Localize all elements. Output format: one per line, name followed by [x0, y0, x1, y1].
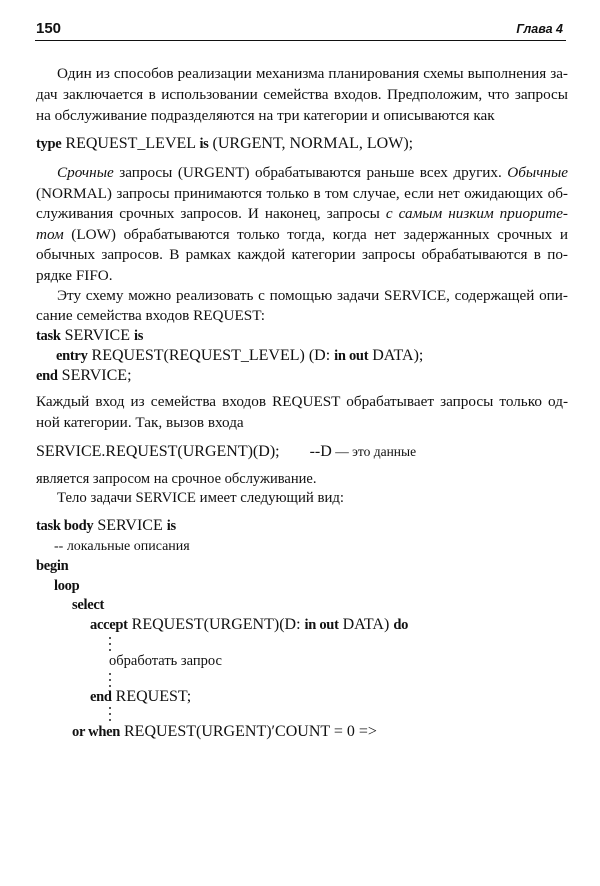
code-line: task body SERVICE is	[36, 517, 176, 535]
code-text: SERVICE;	[58, 367, 132, 384]
keyword-begin: begin	[36, 558, 68, 575]
keyword: accept	[90, 617, 128, 633]
text-line: является запросом на срочное обслуживани…	[36, 469, 316, 490]
text-line: на обслуживание подразделяются на три ка…	[36, 106, 495, 127]
keyword: is	[199, 136, 208, 152]
keyword: task	[36, 328, 61, 344]
text-line: Эту схему можно реализовать с помощью за…	[57, 286, 568, 307]
code-line: or when REQUEST(URGENT)′COUNT = 0 =>	[72, 723, 377, 741]
code-text: SERVICE.REQUEST(URGENT)(D);	[36, 443, 280, 460]
code-text: REQUEST_LEVEL	[65, 135, 195, 152]
code-placeholder: обработать запрос	[109, 653, 222, 670]
text-line: Каждый вход из семейства входов REQUEST …	[36, 392, 568, 413]
text-line: обычных запросов. В рамках каждой катего…	[36, 245, 568, 266]
code-text: DATA)	[339, 616, 394, 633]
comment-marker: --D	[310, 443, 332, 460]
code-call-example: SERVICE.REQUEST(URGENT)(D); --D — это да…	[36, 443, 416, 461]
text-line: дач заключается в использовании семейств…	[36, 85, 568, 106]
code-line: end SERVICE;	[36, 367, 132, 385]
code-text: DATA);	[368, 347, 423, 364]
keyword: do	[393, 617, 408, 633]
keyword: is	[167, 518, 176, 534]
code-text: SERVICE	[93, 517, 166, 534]
code-line: task SERVICE is	[36, 327, 143, 345]
italic-term: Обычные	[507, 164, 568, 181]
italic-term: том	[36, 226, 64, 243]
keyword: end	[90, 689, 112, 705]
code-text: REQUEST;	[112, 688, 192, 705]
keyword: entry	[56, 348, 88, 364]
code-comment: -- локальные описания	[54, 539, 190, 555]
header-rule	[35, 40, 566, 41]
keyword: type	[36, 136, 61, 152]
code-text: SERVICE	[61, 327, 134, 344]
code-text: REQUEST(URGENT)′COUNT = 0 =>	[120, 723, 377, 740]
italic-term: Срочные	[57, 164, 114, 181]
text-line: ной категории. Так, вызов входа	[36, 413, 244, 434]
text-line: Один из способов реализации механизма пл…	[57, 64, 568, 85]
keyword: in out	[334, 348, 368, 364]
text-line: Тело задачи SERVICE имеет следующий вид:	[57, 488, 344, 509]
keyword: is	[134, 328, 143, 344]
chapter-title: Глава 4	[516, 22, 563, 36]
code-text: REQUEST(URGENT)(D:	[128, 616, 305, 633]
keyword-loop: loop	[54, 578, 79, 595]
page-number: 150	[36, 20, 61, 37]
code-line: entry REQUEST(REQUEST_LEVEL) (D: in out …	[56, 347, 423, 365]
keyword: task body	[36, 518, 93, 534]
text-line: рядке FIFO.	[36, 266, 113, 287]
code-text: (URGENT, NORMAL, LOW);	[213, 135, 414, 152]
text: запросы (URGENT) обрабатываются раньше в…	[114, 164, 508, 181]
text: служивания срочных запросов. И наконец, …	[36, 205, 386, 222]
code-line: end REQUEST;	[90, 688, 191, 706]
text-line: сание семейства входов REQUEST:	[36, 306, 265, 327]
text-line: (NORMAL) запросы принимаются только в то…	[36, 184, 568, 205]
keyword: or when	[72, 724, 120, 740]
keyword: end	[36, 368, 58, 384]
keyword: in out	[305, 617, 339, 633]
text-line: служивания срочных запросов. И наконец, …	[36, 204, 568, 225]
comment-text: — это данные	[332, 444, 416, 459]
italic-term: с самым низким приорите-	[386, 205, 568, 222]
text-line: Срочные запросы (URGENT) обрабатываются …	[57, 163, 568, 184]
code-line: accept REQUEST(URGENT)(D: in out DATA) d…	[90, 616, 408, 634]
keyword-select: select	[72, 597, 104, 614]
code-type-declaration: type REQUEST_LEVEL is (URGENT, NORMAL, L…	[36, 135, 413, 153]
text: (LOW) обрабатываются только тогда, когда…	[64, 226, 568, 243]
text-line: том (LOW) обрабатываются только тогда, к…	[36, 225, 568, 246]
code-text: REQUEST(REQUEST_LEVEL) (D:	[88, 347, 335, 364]
